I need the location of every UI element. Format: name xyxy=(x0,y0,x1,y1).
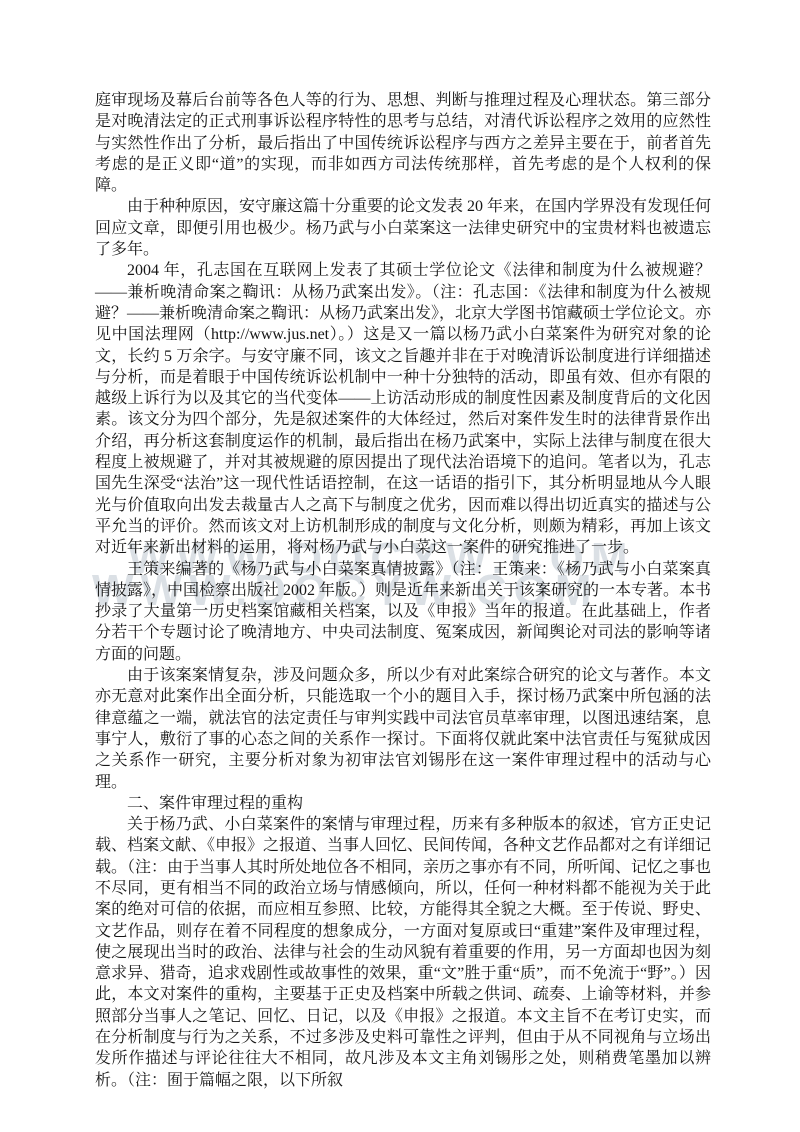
paragraph: 由于该案案情复杂，涉及问题众多，所以少有对此案综合研究的论文与著作。本文亦无意对… xyxy=(95,665,711,793)
paragraph: 由于种种原因，安守廉这篇十分重要的论文发表 20 年来，在国内学界没有发现任何回… xyxy=(95,196,711,260)
paragraph: 王策来编著的《杨乃武与小白菜案真情披露》（注：王策来：《杨乃武与小白菜案真情披露… xyxy=(95,559,711,665)
paragraph: 2004 年，孔志国在互联网上发表了其硕士学位论文《法律和制度为什么被规避？——… xyxy=(95,260,711,558)
paragraph: 关于杨乃武、小白菜案件的案情与审理过程，历来有多种版本的叙述，官方正史记载、档案… xyxy=(95,814,711,1091)
document-page: WWW.DOCYW.COM WWW.DOCYW.COM 庭审现场及幕后台前等各色… xyxy=(0,0,800,1132)
section-heading: 二、案件审理过程的重构 xyxy=(95,793,711,814)
paragraph-continuation: 庭审现场及幕后台前等各色人等的行为、思想、判断与推理过程及心理状态。第三部分是对… xyxy=(95,90,711,196)
document-body: 庭审现场及幕后台前等各色人等的行为、思想、判断与推理过程及心理状态。第三部分是对… xyxy=(95,90,711,1091)
